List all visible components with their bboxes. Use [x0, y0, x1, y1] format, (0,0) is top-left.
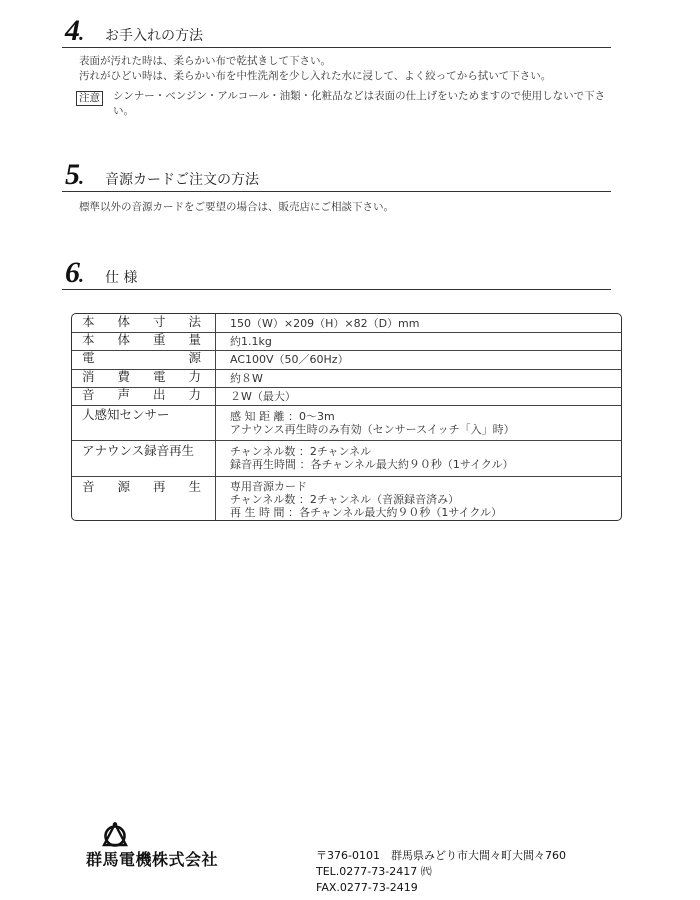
address: 〒376-0101 群馬県みどり市大間々町大間々760	[316, 848, 566, 864]
label-char: 電	[82, 350, 95, 369]
label-char: 音	[82, 479, 95, 495]
spec-value: 約1.1kg	[230, 335, 621, 348]
card-order-paragraph: 標準以外の音源カードをご要望の場合は、販売店にご相談下さい。	[79, 200, 394, 215]
section-4-heading: 4. お手入れの方法	[62, 17, 611, 48]
spec-value: 感 知 距 離 ：0～3m アナウンス再生時のみ有効（センサースイッチ「入」時）	[230, 410, 621, 436]
table-row: 本 体 寸 法 150（W）×209（H）×82（D）mm	[72, 314, 621, 333]
section-number: 6.	[65, 258, 83, 291]
spec-label: アナウンス録音再生	[72, 440, 216, 476]
label-char: 法	[188, 314, 201, 332]
label-char: 再	[153, 479, 166, 495]
table-row: 消 費 電 力 約８W	[72, 369, 621, 388]
spec-value-line: AC100V（50／60Hz）	[230, 353, 621, 366]
spec-value-line: 感 知 距 離 ：0～3m	[230, 410, 621, 423]
spec-value-line: 150（W）×209（H）×82（D）mm	[230, 317, 621, 330]
section-title: 仕 様	[105, 270, 137, 286]
table-row: 音 源 再 生 専用音源カード チャンネル数 ：2チャンネル（音源録音済み） 再…	[72, 476, 621, 521]
label-char: 重	[153, 332, 166, 350]
label-char: 力	[188, 369, 201, 387]
caution-text: シンナー・ベンジン・アルコール・油類・化粧品などは表面の仕上げをいためますので使…	[113, 89, 613, 119]
spec-value: ２W（最大）	[230, 390, 621, 403]
section-6-heading: 6. 仕 様	[62, 259, 611, 290]
spec-label: 電 源	[72, 350, 216, 369]
label-char: 音	[82, 387, 95, 405]
care-paragraph-1: 表面が汚れた時は、柔らかい布で乾拭きして下さい。	[79, 54, 331, 69]
spec-value-line: チャンネル数 ：2チャンネル	[230, 445, 621, 458]
label-char: 量	[188, 332, 201, 350]
spec-label: 音 源 再 生	[72, 476, 216, 521]
section-number: 4.	[65, 16, 83, 49]
spec-value: 150（W）×209（H）×82（D）mm	[230, 317, 621, 330]
spec-value: AC100V（50／60Hz）	[230, 353, 621, 366]
caution-badge: 注意	[76, 91, 103, 106]
spec-label: 消 費 電 力	[72, 369, 216, 387]
spec-value-line: チャンネル数 ：2チャンネル（音源録音済み）	[230, 493, 621, 506]
company-name: 群馬電機株式会社	[86, 851, 218, 869]
spec-value-line: アナウンス再生時のみ有効（センサースイッチ「入」時）	[230, 423, 621, 436]
spec-value-line: 約８W	[230, 372, 621, 385]
table-row: 音 声 出 力 ２W（最大）	[72, 387, 621, 406]
label-char: 電	[153, 369, 166, 387]
contact-info: 〒376-0101 群馬県みどり市大間々町大間々760 TEL.0277-73-…	[316, 848, 566, 896]
table-row: 電 源 AC100V（50／60Hz）	[72, 350, 621, 370]
table-row: 本 体 重 量 約1.1kg	[72, 332, 621, 351]
spec-value-line: 録音再生時間 ：各チャンネル最大約９０秒（1サイクル）	[230, 458, 621, 471]
spec-label: 本 体 重 量	[72, 332, 216, 350]
spec-label: 人感知センサー	[72, 405, 216, 440]
triangle-circle-logo-icon	[101, 822, 129, 848]
spec-value-line: ２W（最大）	[230, 390, 621, 403]
label-char: 源	[188, 350, 201, 369]
label-char: 体	[117, 332, 130, 350]
spec-label: 音 声 出 力	[72, 387, 216, 405]
fax-number: FAX.0277-73-2419	[316, 880, 566, 896]
label-char: 寸	[153, 314, 166, 332]
section-number: 5.	[65, 160, 83, 193]
section-5-heading: 5. 音源カードご注文の方法	[62, 161, 611, 192]
label-char: 声	[117, 387, 130, 405]
spec-value: 約８W	[230, 372, 621, 385]
label-char: 消	[82, 369, 95, 387]
spec-value-line: 再 生 時 間 ：各チャンネル最大約９０秒（1サイクル）	[230, 506, 621, 519]
section-title: お手入れの方法	[105, 28, 203, 44]
label-char: 力	[188, 387, 201, 405]
label-char: 源	[117, 479, 130, 495]
label-char: 本	[82, 332, 95, 350]
spec-label: 本 体 寸 法	[72, 314, 216, 332]
label-char: 費	[117, 369, 130, 387]
table-row: 人感知センサー 感 知 距 離 ：0～3m アナウンス再生時のみ有効（センサース…	[72, 405, 621, 441]
spec-value-line: 約1.1kg	[230, 335, 621, 348]
label-char: 出	[153, 387, 166, 405]
section-title: 音源カードご注文の方法	[105, 172, 259, 188]
label-char: 本	[82, 314, 95, 332]
label-char: 体	[117, 314, 130, 332]
spec-value: 専用音源カード チャンネル数 ：2チャンネル（音源録音済み） 再 生 時 間 ：…	[230, 480, 621, 519]
spec-value: チャンネル数 ：2チャンネル 録音再生時間 ：各チャンネル最大約９０秒（1サイク…	[230, 445, 621, 471]
spec-table: 本 体 寸 法 150（W）×209（H）×82（D）mm 本 体 重 量 約1…	[71, 313, 622, 521]
phone-number: TEL.0277-73-2417 ㈹	[316, 864, 566, 880]
care-paragraph-2: 汚れがひどい時は、柔らかい布を中性洗剤を少し入れた水に浸して、よく絞ってから拭い…	[79, 69, 551, 84]
table-row: アナウンス録音再生 チャンネル数 ：2チャンネル 録音再生時間 ：各チャンネル最…	[72, 440, 621, 477]
label-char: 生	[188, 479, 201, 495]
spec-value-line: 専用音源カード	[230, 480, 621, 493]
